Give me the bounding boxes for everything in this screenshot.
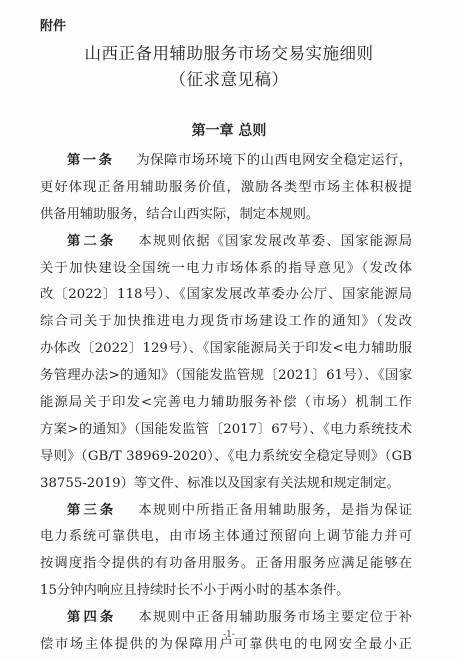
- article-2-line-1: 第二条本规则依据《国家发展改革委、国家能源局: [40, 229, 412, 256]
- paragraph-text: 本规则依据《国家发展改革委、国家能源局: [138, 234, 412, 249]
- article-2-line-7: 能源局关于印发<完善电力辅助服务补偿（市场）机制工作: [40, 390, 412, 417]
- article-2-line-10: 38755-2019）等文件、标准以及国家有关法规和规定制定。: [40, 471, 412, 498]
- article-label: 第一条: [67, 153, 114, 168]
- article-label: 第二条: [67, 234, 116, 249]
- article-label: 第三条: [67, 503, 116, 518]
- article-2-line-4: 综合司关于加快推进电力现货市场建设工作的通知》（发改: [40, 309, 412, 336]
- paragraph-text: 本规则中所指正备用辅助服务，是指为保证: [138, 503, 412, 518]
- article-3-line-2: 电力系统可靠供电，由市场主体通过预留向上调节能力并可: [40, 524, 412, 551]
- page-number: -1-: [0, 630, 458, 640]
- article-4-line-1: 第四条本规则中正备用辅助服务市场主要定位于补: [40, 605, 412, 632]
- article-2-line-3: 改〔2022〕118号）、《国家发展改革委办公厅、国家能源局: [40, 282, 412, 309]
- paragraph-text: 为保障市场环境下的山西电网安全稳定运行，: [136, 153, 412, 168]
- document-subtitle: （征求意见稿）: [0, 66, 458, 90]
- article-2-line-9: 导则》（GB/T 38969-2020）、《电力系统安全稳定导则》（GB: [40, 444, 412, 471]
- article-1-line-1: 第一条为保障市场环境下的山西电网安全稳定运行，: [40, 148, 412, 175]
- article-1-line-3: 供备用辅助服务，结合山西实际，制定本规则。: [40, 202, 412, 229]
- article-1-line-2: 更好体现正备用辅助服务价值，激励各类型市场主体积极提: [40, 175, 412, 202]
- document-title: 山西正备用辅助服务市场交易实施细则: [0, 40, 458, 64]
- article-3-line-4: 15分钟内响应且持续时长不小于两小时的基本条件。: [40, 578, 412, 605]
- chapter-heading: 第一章 总则: [0, 120, 458, 140]
- paragraph-text: 本规则中正备用辅助服务市场主要定位于补: [138, 610, 412, 625]
- article-2-line-8: 方案>的通知》（国能发监管〔2017〕67号）、《电力系统技术: [40, 417, 412, 444]
- document-page: 附件 山西正备用辅助服务市场交易实施细则 （征求意见稿） 第一章 总则 第一条为…: [0, 0, 458, 660]
- article-3-line-1: 第三条本规则中所指正备用辅助服务，是指为保证: [40, 498, 412, 525]
- article-label: 第四条: [67, 610, 116, 625]
- article-2-line-6: 务管理办法>的通知》（国能发监管规〔2021〕61号）、《国家: [40, 363, 412, 390]
- document-body: 第一条为保障市场环境下的山西电网安全稳定运行， 更好体现正备用辅助服务价值，激励…: [40, 148, 412, 659]
- attachment-label: 附件: [40, 15, 66, 34]
- article-2-line-5: 办体改〔2022〕129号）、《国家能源局关于印发<电力辅助服: [40, 336, 412, 363]
- article-3-line-3: 按调度指令提供的有功备用服务。正备用服务应满足能够在: [40, 551, 412, 578]
- article-2-line-2: 关于加快建设全国统一电力市场体系的指导意见》（发改体: [40, 256, 412, 283]
